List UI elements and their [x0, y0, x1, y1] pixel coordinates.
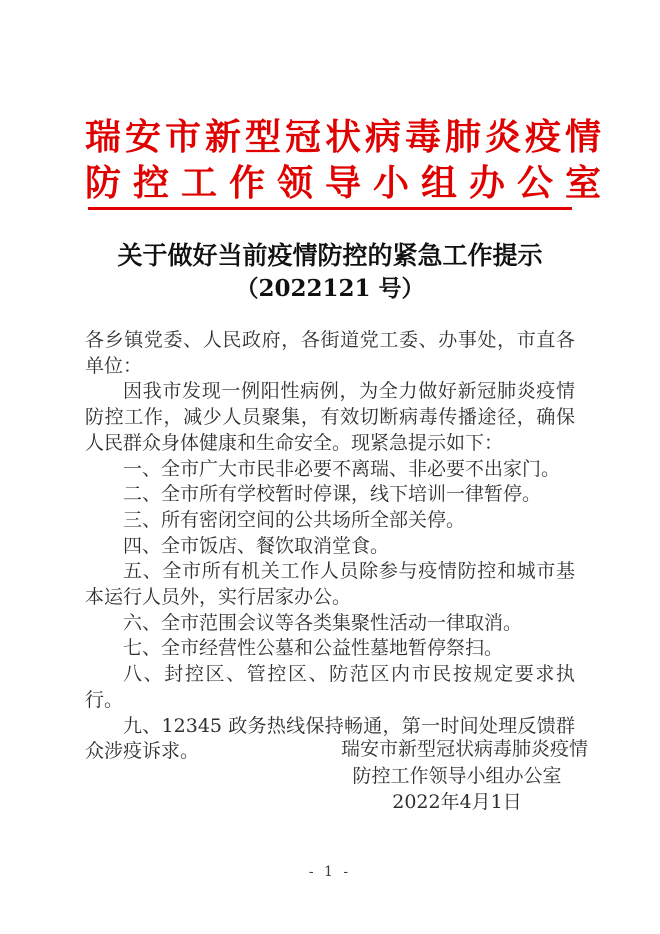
signature-block: 瑞安市新型冠状病毒肺炎疫情 防控工作领导小组办公室 2022年4月1日 [341, 736, 573, 816]
notice-item-4: 四、全市饭店、餐饮取消堂食。 [85, 534, 575, 560]
letterhead-divider-rule [88, 207, 572, 210]
notice-item-3: 三、所有密闭空间的公共场所全部关停。 [85, 508, 575, 534]
letterhead-line-1: 瑞安市新型冠状病毒肺炎疫情 [85, 114, 579, 160]
document-title-block: 关于做好当前疫情防控的紧急工作提示 （2022121 号） [85, 239, 575, 305]
salutation: 各乡镇党委、人民政府，各街道党工委、办事处，市直各单位： [85, 328, 575, 379]
page-number: - 1 - [0, 864, 660, 880]
notice-item-6: 六、全市范围会议等各类集聚性活动一律取消。 [85, 611, 575, 637]
document-page: 瑞安市新型冠状病毒肺炎疫情 防控工作领导小组办公室 关于做好当前疫情防控的紧急工… [0, 0, 660, 934]
notice-item-5: 五、全市所有机关工作人员除参与疫情防控和城市基本运行人员外，实行居家办公。 [85, 559, 575, 610]
signature-date: 2022年4月1日 [341, 789, 573, 816]
document-body: 各乡镇党委、人民政府，各街道党工委、办事处，市直各单位： 因我市发现一例阳性病例… [85, 328, 575, 765]
notice-item-8: 八、封控区、管控区、防范区内市民按规定要求执行。 [85, 662, 575, 713]
document-number: （2022121 号） [85, 272, 575, 305]
signature-org-line-2: 防控工作领导小组办公室 [341, 763, 573, 790]
notice-item-1: 一、全市广大市民非必要不离瑞、非必要不出家门。 [85, 457, 575, 483]
signature-org-line-1: 瑞安市新型冠状病毒肺炎疫情 [341, 736, 573, 763]
intro-paragraph: 因我市发现一例阳性病例，为全力做好新冠肺炎疫情防控工作，减少人员聚集，有效切断病… [85, 379, 575, 456]
document-title: 关于做好当前疫情防控的紧急工作提示 [85, 239, 575, 272]
notice-item-2: 二、全市所有学校暂时停课，线下培训一律暂停。 [85, 482, 575, 508]
letterhead-line-2: 防控工作领导小组办公室 [85, 160, 587, 206]
notice-item-7: 七、全市经营性公墓和公益性墓地暂停祭扫。 [85, 636, 575, 662]
letterhead: 瑞安市新型冠状病毒肺炎疫情 防控工作领导小组办公室 [85, 114, 575, 206]
